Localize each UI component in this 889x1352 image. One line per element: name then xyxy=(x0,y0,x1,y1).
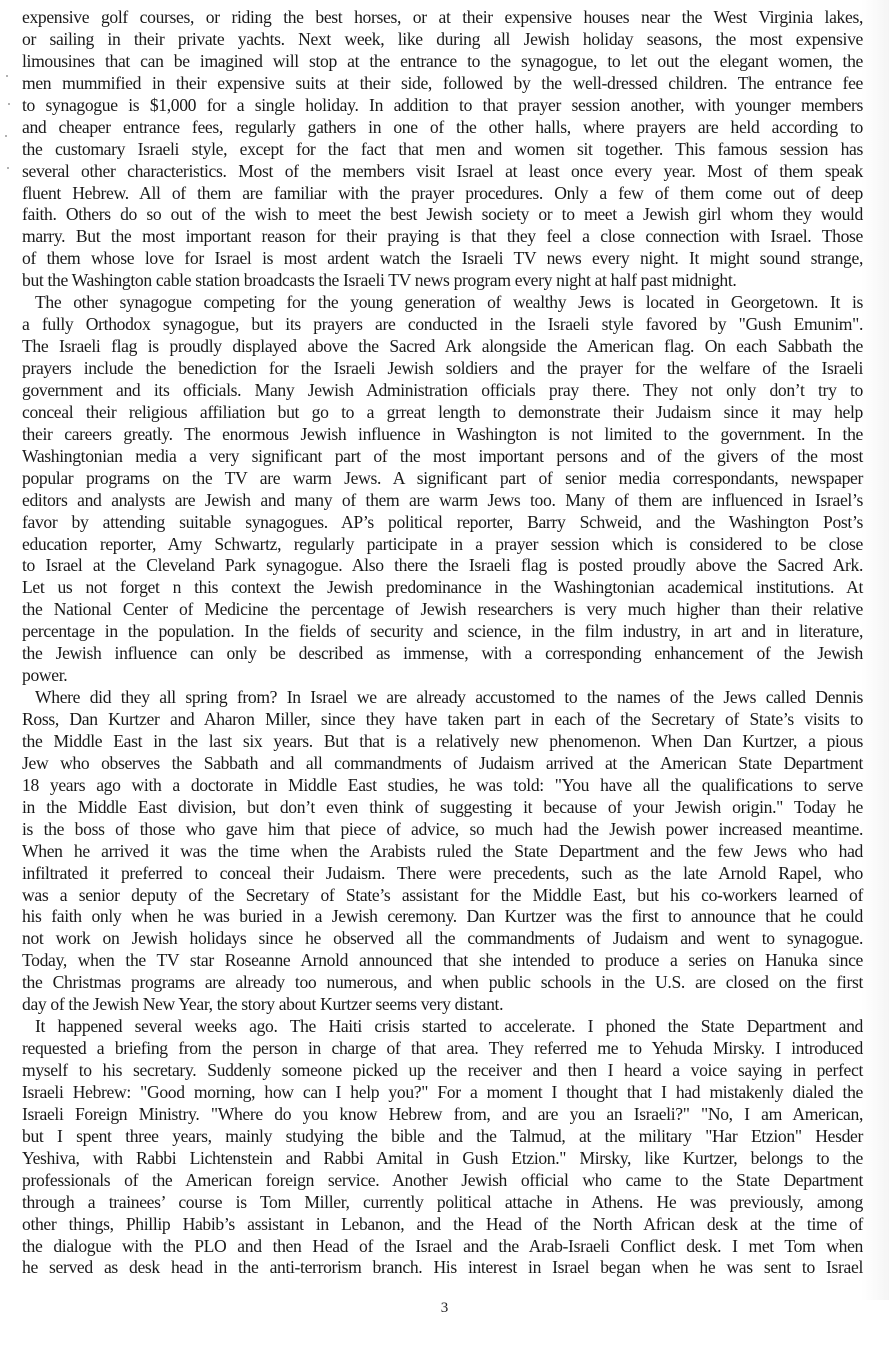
text-line: the dialogue with the PLO and then Head … xyxy=(22,1236,863,1258)
text-line: popular programs on the TV are warm Jews… xyxy=(22,468,863,490)
text-line: the National Center of Medicine the perc… xyxy=(22,599,863,621)
bleed-through-shadow xyxy=(861,0,889,1300)
text-line: his faith only when he was buried in a J… xyxy=(22,906,863,928)
text-line: several other characteristics. Most of t… xyxy=(22,161,863,183)
document-page: expensive golf courses, or riding the be… xyxy=(22,7,863,1279)
text-line: expensive golf courses, or riding the be… xyxy=(22,7,863,29)
text-line: of them whose love for Israel is most ar… xyxy=(22,248,863,270)
text-line: When he arrived it was the time when the… xyxy=(22,841,863,863)
text-line: marry. But the most important reason for… xyxy=(22,226,863,248)
text-line: infiltrated it preferred to conceal thei… xyxy=(22,863,863,885)
text-line: a fully Orthodox synagogue, but its pray… xyxy=(22,314,863,336)
text-line: education reporter, Amy Schwartz, regula… xyxy=(22,534,863,556)
text-line: percentage in the population. In the fie… xyxy=(22,621,863,643)
text-line: favor by attending suitable synagogues. … xyxy=(22,512,863,534)
text-line: the Middle East in the last six years. B… xyxy=(22,731,863,753)
text-line: was a senior deputy of the Secretary of … xyxy=(22,885,863,907)
text-line: professionals of the American foreign se… xyxy=(22,1170,863,1192)
text-line: not work on Jewish holidays since he obs… xyxy=(22,928,863,950)
text-line: to Israel at the Cleveland Park synagogu… xyxy=(22,555,863,577)
text-line: their careers greatly. The enormous Jewi… xyxy=(22,424,863,446)
page-number: 3 xyxy=(0,1300,889,1317)
paragraph-4: It happened several weeks ago. The Haiti… xyxy=(22,1016,863,1279)
text-line: Washingtonian media a very significant p… xyxy=(22,446,863,468)
text-line: Israeli Hebrew: "Good morning, how can I… xyxy=(22,1082,863,1104)
text-line: but I spent three years, mainly studying… xyxy=(22,1126,863,1148)
paragraph-2: The other synagogue competing for the yo… xyxy=(22,292,863,687)
text-line: other things, Phillip Habib’s assistant … xyxy=(22,1214,863,1236)
text-line: prayers include the benediction for the … xyxy=(22,358,863,380)
text-line: Ross, Dan Kurtzer and Aharon Miller, sin… xyxy=(22,709,863,731)
text-line: the Jewish influence can only be describ… xyxy=(22,643,863,665)
paragraph-3: Where did they all spring from? In Israe… xyxy=(22,687,863,1016)
text-line: the customary Israeli style, except for … xyxy=(22,139,863,161)
text-line: Where did they all spring from? In Israe… xyxy=(22,687,863,709)
text-line: is the boss of those who gave him that p… xyxy=(22,819,863,841)
text-line: government and its officials. Many Jewis… xyxy=(22,380,863,402)
text-line: power. xyxy=(22,665,863,687)
scan-specks xyxy=(4,75,12,195)
text-line: Israeli Foreign Ministry. "Where do you … xyxy=(22,1104,863,1126)
text-line: limousines that can be imagined will sto… xyxy=(22,51,863,73)
text-line: but the Washington cable station broadca… xyxy=(22,270,863,292)
text-line: requested a briefing from the person in … xyxy=(22,1038,863,1060)
text-line: It happened several weeks ago. The Haiti… xyxy=(22,1016,863,1038)
text-line: Jew who observes the Sabbath and all com… xyxy=(22,753,863,775)
text-line: editors and analysts are Jewish and many… xyxy=(22,490,863,512)
text-line: myself to his secretary. Suddenly someon… xyxy=(22,1060,863,1082)
text-line: faith. Others do so out of the wish to m… xyxy=(22,204,863,226)
text-line: The Israeli flag is proudly displayed ab… xyxy=(22,336,863,358)
text-line: day of the Jewish New Year, the story ab… xyxy=(22,994,863,1016)
text-line: fluent Hebrew. All of them are familiar … xyxy=(22,183,863,205)
text-line: men mummified in their expensive suits a… xyxy=(22,73,863,95)
text-line: through a trainees’ course is Tom Miller… xyxy=(22,1192,863,1214)
paragraph-1: expensive golf courses, or riding the be… xyxy=(22,7,863,292)
text-line: the Christmas programs are already too n… xyxy=(22,972,863,994)
text-line: 18 years ago with a doctorate in Middle … xyxy=(22,775,863,797)
text-line: he served as desk head in the anti-terro… xyxy=(22,1257,863,1279)
text-line: The other synagogue competing for the yo… xyxy=(22,292,863,314)
text-line: Let us not forget n this context the Jew… xyxy=(22,577,863,599)
text-line: or sailing in their private yachts. Next… xyxy=(22,29,863,51)
text-line: to synagogue is $1,000 for a single holi… xyxy=(22,95,863,117)
text-line: Yeshiva, with Rabbi Lichtenstein and Rab… xyxy=(22,1148,863,1170)
text-line: in the Middle East division, but don’t e… xyxy=(22,797,863,819)
text-line: Today, when the TV star Roseanne Arnold … xyxy=(22,950,863,972)
text-line: and cheaper entrance fees, regularly gat… xyxy=(22,117,863,139)
text-line: conceal their religious affiliation but … xyxy=(22,402,863,424)
